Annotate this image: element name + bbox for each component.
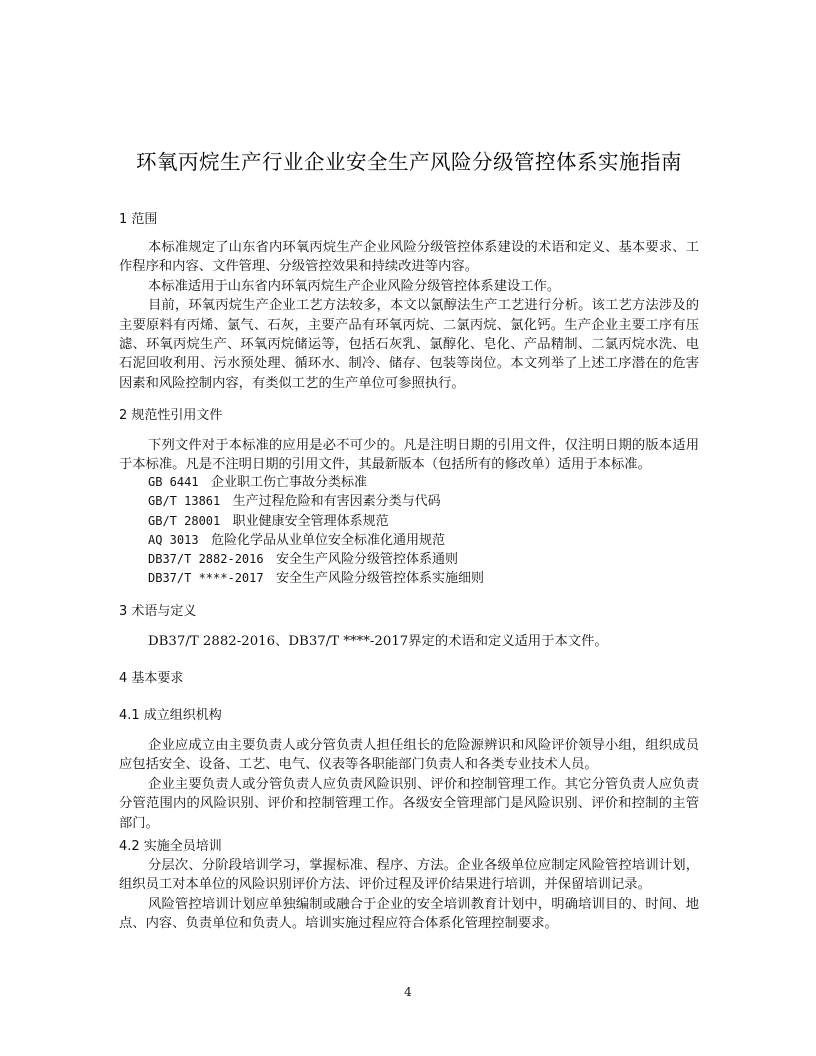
reference-name: 危险化学品从业单位安全标准化通用规范	[211, 533, 445, 548]
section-2-heading: 2 规范性引用文件	[119, 404, 222, 423]
paragraph: DB37/T 2882-2016、DB37/T ****-2017界定的术语和定…	[119, 632, 699, 651]
reference-name: 安全生产风险分级管控体系实施细则	[276, 571, 484, 586]
reference-list: GB 6441 企业职工伤亡事故分类标准 GB/T 13861 生产过程危险和有…	[148, 473, 484, 589]
paragraph: 企业应成立由主要负责人或分管负责人担任组长的危险源辨识和风险评价领导小组，组织成…	[119, 736, 699, 775]
reference-code: GB 6441	[148, 475, 199, 489]
reference-item: DB37/T 2882-2016 安全生产风险分级管控体系通则	[148, 550, 484, 569]
section-1-body: 本标准规定了山东省内环氧丙烷生产企业风险分级管控体系建设的术语和定义、基本要求、…	[119, 238, 699, 393]
paragraph: 本标准规定了山东省内环氧丙烷生产企业风险分级管控体系建设的术语和定义、基本要求、…	[119, 238, 699, 277]
reference-name: 安全生产风险分级管控体系通则	[276, 552, 458, 567]
section-4-1-body: 企业应成立由主要负责人或分管负责人担任组长的危险源辨识和风险评价领导小组，组织成…	[119, 736, 699, 833]
section-4-2-body: 分层次、分阶段培训学习，掌握标准、程序、方法。企业各级单位应制定风险管控培训计划…	[119, 856, 699, 934]
reference-item: DB37/T ****-2017 安全生产风险分级管控体系实施细则	[148, 569, 484, 588]
section-1-heading: 1 范围	[119, 208, 157, 227]
reference-item: AQ 3013 危险化学品从业单位安全标准化通用规范	[148, 531, 484, 550]
reference-name: 职业健康安全管理体系规范	[233, 514, 389, 529]
reference-item: GB 6441 企业职工伤亡事故分类标准	[148, 473, 484, 492]
section-4-1-heading: 4.1 成立组织机构	[119, 704, 222, 723]
paragraph: 企业主要负责人或分管负责人应负责风险识别、评价和控制管理工作。其它分管负责人应负…	[119, 775, 699, 833]
reference-name: 企业职工伤亡事故分类标准	[211, 475, 367, 490]
reference-item: GB/T 28001 职业健康安全管理体系规范	[148, 512, 484, 531]
reference-item: GB/T 13861 生产过程危险和有害因素分类与代码	[148, 492, 484, 511]
paragraph: 风险管控培训计划应单独编制或融合于企业的安全培训教育计划中，明确培训目的、时间、…	[119, 895, 699, 934]
section-4-2-heading: 4.2 实施全员培训	[119, 835, 222, 854]
reference-code: AQ 3013	[148, 533, 199, 547]
section-4-heading: 4 基本要求	[119, 667, 183, 686]
reference-code: GB/T 28001	[148, 514, 220, 528]
section-3-heading: 3 术语与定义	[119, 600, 196, 619]
reference-code: DB37/T ****-2017	[148, 571, 264, 585]
paragraph: 下列文件对于本标准的应用是必不可少的。凡是注明日期的引用文件，仅注明日期的版本适…	[119, 436, 699, 475]
paragraph: 本标准适用于山东省内环氧丙烷生产企业风险分级管控体系建设工作。	[119, 277, 699, 296]
document-title: 环氧丙烷生产行业企业安全生产风险分级管控体系实施指南	[119, 145, 699, 175]
reference-name: 生产过程危险和有害因素分类与代码	[233, 494, 441, 509]
reference-code: DB37/T 2882-2016	[148, 552, 264, 566]
section-2-body: 下列文件对于本标准的应用是必不可少的。凡是注明日期的引用文件，仅注明日期的版本适…	[119, 436, 699, 475]
section-3-body: DB37/T 2882-2016、DB37/T ****-2017界定的术语和定…	[119, 632, 699, 651]
page-number: 4	[0, 985, 816, 999]
paragraph: 目前，环氧丙烷生产企业工艺方法较多，本文以氯醇法生产工艺进行分析。该工艺方法涉及…	[119, 296, 699, 393]
paragraph: 分层次、分阶段培训学习，掌握标准、程序、方法。企业各级单位应制定风险管控培训计划…	[119, 856, 699, 895]
reference-code: GB/T 13861	[148, 494, 220, 508]
